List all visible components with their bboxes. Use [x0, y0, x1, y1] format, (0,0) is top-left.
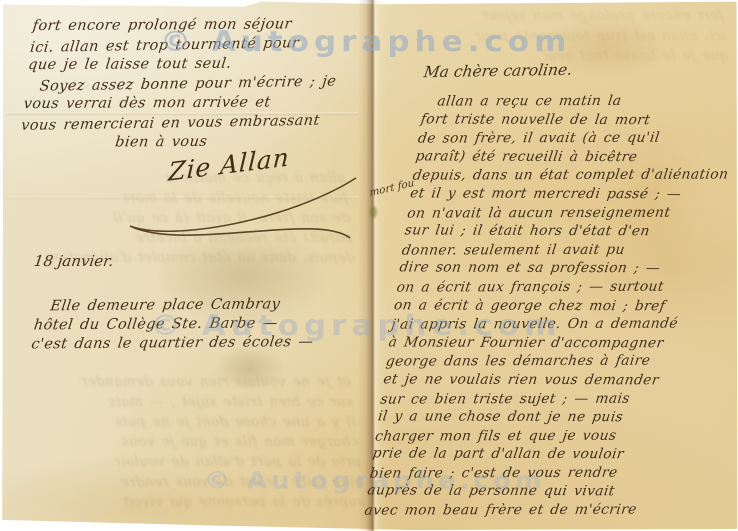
handwriting-line: c'est dans le quartier des écoles — — [30, 333, 363, 355]
letter-photograph: allan a reçu ce matin la fort triste nou… — [0, 0, 738, 531]
handwriting-line: de son frère, il avait (à ce qu'il — [417, 129, 738, 149]
handwriting-line: et il y est mort mercredi passé ; — — [409, 184, 738, 204]
handwriting-line: on a écrit à george chez moi ; bref — [393, 296, 738, 316]
left-page-body: fort encore prolongé mon séjour ici. all… — [18, 15, 370, 154]
handwriting-line: on n'avait là aucun renseignement — [406, 203, 738, 223]
handwriting-line: sur lui ; il était hors d'état d'en — [403, 222, 738, 242]
right-page-body: allan a reçu ce matin la fort triste nou… — [363, 91, 738, 520]
handwriting-line: on a écrit aux françois ; — surtout — [395, 277, 738, 297]
handwriting-line: j'ai appris la nouvelle. On a demandé — [390, 315, 737, 335]
handwriting-line: il y a une chose dont je ne puis — [377, 407, 724, 427]
handwriting-line: à Monsieur Fournier d'accompagner — [387, 333, 734, 353]
handwriting-line: fort triste nouvelle de la mort — [420, 110, 738, 130]
letter-date: 18 janvier. — [33, 252, 115, 270]
handwriting-line: dire son nom et sa profession ; — — [398, 259, 738, 279]
handwriting-line: sur ce bien triste sujet ; — mais — [379, 389, 726, 409]
handwriting-line: paraît) été recueilli à bicêtre — [414, 147, 738, 167]
handwriting-line: et je ne voulais rien vous demander — [382, 370, 729, 390]
handwriting-line: george dans les démarches à faire — [385, 352, 732, 372]
salutation: Ma chère caroline. — [423, 61, 574, 82]
handwriting-line: allan a reçu ce matin la — [422, 91, 738, 111]
handwriting-line: auprès de la personne qui vivait — [366, 482, 713, 502]
handwriting-line: prie de la part d'allan de vouloir — [371, 445, 718, 465]
handwriting-line: avec mon beau frère et de m'écrire — [363, 500, 710, 520]
handwriting-line: charger mon fils et que je vous — [374, 426, 721, 446]
handwriting-line: donner. seulement il avait pu — [401, 240, 738, 260]
handwriting-line: depuis, dans un état complet d'aliénatio… — [411, 166, 738, 186]
handwriting-line: bien faire ; c'est de vous rendre — [369, 463, 716, 483]
stain — [370, 206, 377, 218]
left-page-postscript: Elle demeure place Cambray hôtel du Coll… — [30, 295, 368, 355]
